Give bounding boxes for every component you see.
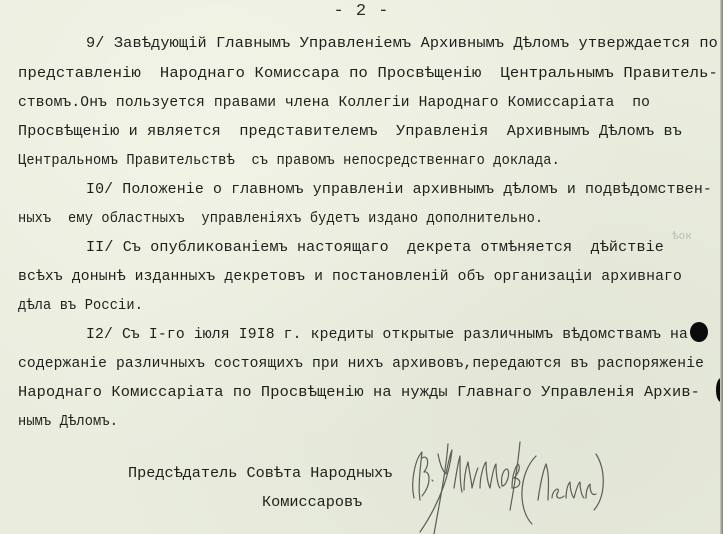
paragraph-9-line-4: Просвѣщенію и является представителемъ У… [18,122,682,140]
paragraph-12-line-4: нымъ Дѣломъ. [18,412,118,430]
paragraph-10-line-1: I0/ Положеніе о главномъ управленіи архи… [86,180,712,198]
handwritten-signature [400,440,610,534]
paragraph-9-line-1: 9/ Завѣдующій Главнымъ Управленіемъ Архи… [86,34,718,52]
paragraph-12-line-2: содержаніе различныхъ состоящихъ при них… [18,354,704,372]
punch-hole-mark [690,322,708,342]
paragraph-9-line-3: ствомъ.Онъ пользуется правами члена Колл… [18,93,650,111]
paragraph-12-line-1: I2/ Съ I-го іюля I9I8 г. кредиты открыты… [86,325,688,343]
paragraph-11-line-2: всѣхъ донынѣ изданныхъ декретовъ и поста… [18,267,682,285]
paragraph-9-line-2: представленію Народнаго Комиссара по Про… [18,64,718,82]
signatory-title-line-1: Предсѣдатель Совѣта Народныхъ [128,464,392,482]
paragraph-11-line-3: дѣла въ Россіи. [18,296,143,314]
paragraph-11-line-1: II/ Съ опубликованіемъ настоящаго декрет… [86,238,664,256]
page-number: - 2 - [0,2,723,21]
paragraph-9-line-5: Центральномъ Правительствѣ съ правомъ не… [18,151,560,169]
paragraph-10-line-2: ныхъ ему областныхъ управленіяхъ будетъ … [18,209,543,227]
paragraph-12-line-3: Народнаго Комиссаріата по Просвѣщенію на… [18,383,700,401]
faint-margin-mark: ѣок [672,231,692,243]
signatory-title-line-2: Комиссаровъ [262,493,362,511]
